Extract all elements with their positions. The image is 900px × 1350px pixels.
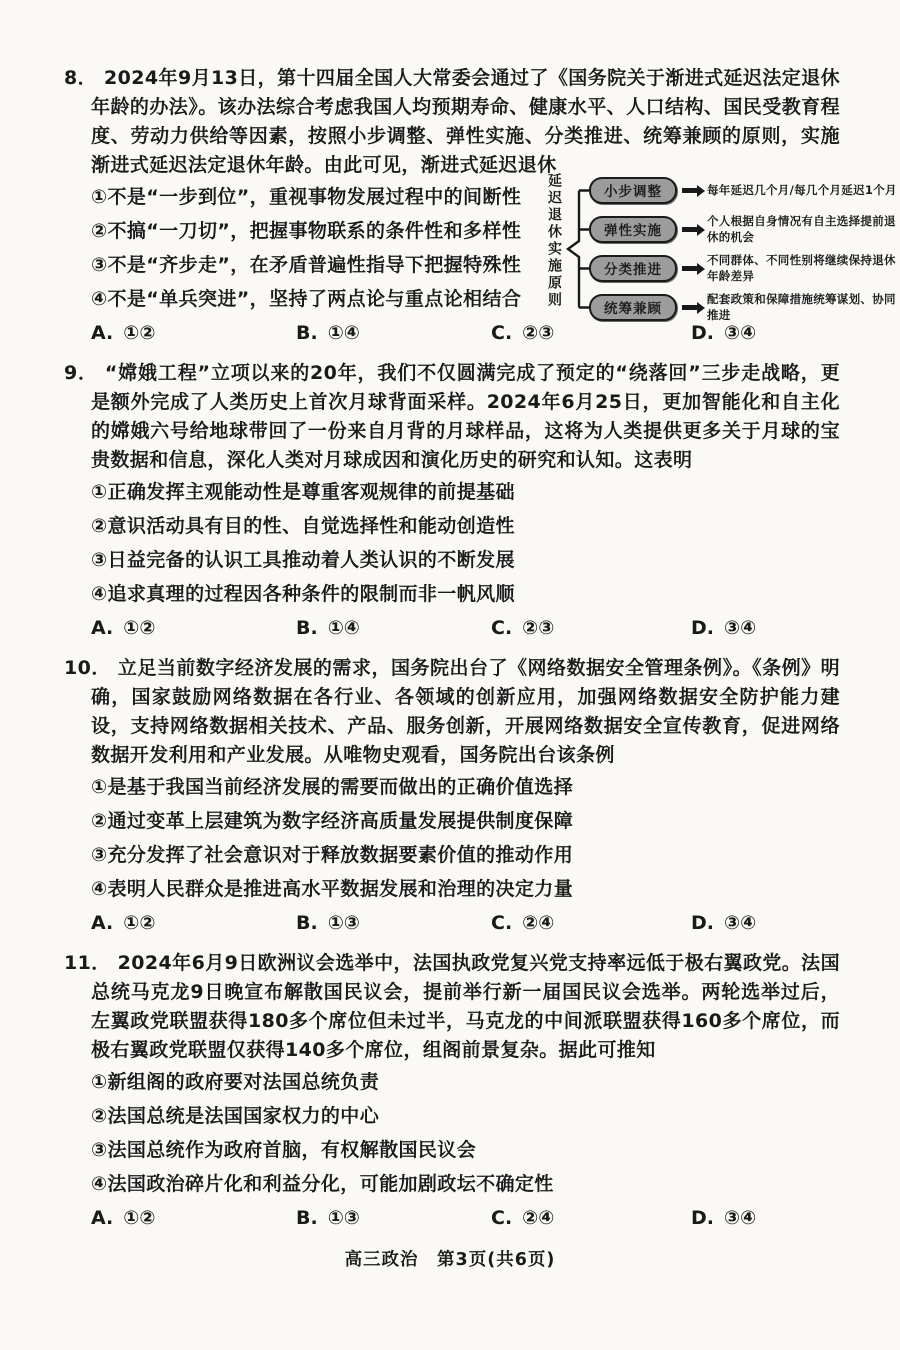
diagram-side-label: 延迟退休实施原则 <box>545 173 563 325</box>
question-stem: 9．“嫦娥工程”立项以来的20年，我们不仅圆满完成了预定的“绕落回”三步走战略，… <box>64 359 840 475</box>
question-item: ③充分发挥了社会意识对于释放数据要素价值的推动作用 <box>91 841 840 870</box>
answer-option-d: D.③④ <box>691 614 840 643</box>
question-10: 10．立足当前数字经济发展的需求，国务院出台了《网络数据安全管理条例》。《条例》… <box>64 654 840 938</box>
question-item: ②通过变革上层建筑为数字经济高质量发展提供制度保障 <box>91 807 840 836</box>
answer-option-c: C.②④ <box>491 1204 691 1233</box>
question-stem: 8．2024年9月13日，第十四届全国人大常委会通过了《国务院关于渐进式延迟法定… <box>64 64 840 180</box>
answer-option-a: A.①② <box>91 909 296 938</box>
question-number: 8． <box>64 67 97 89</box>
answer-option-b: B.①③ <box>296 909 491 938</box>
right-arrow-icon <box>682 305 697 310</box>
question-item: ②意识活动具有目的性、自觉选择性和能动创造性 <box>91 512 840 541</box>
diagram-box: 分类推进 <box>589 255 677 282</box>
answer-option-b: B.①④ <box>296 614 491 643</box>
question-item: ③不是“齐步走”，在矛盾普遍性指导下把握特殊性 <box>91 251 591 280</box>
answer-option-c: C.②③ <box>491 614 691 643</box>
page-footer: 高三政治 第3页(共6页) <box>0 1246 900 1271</box>
diagram-desc: 每年延迟几个月/每几个月延迟1个月 <box>707 183 897 198</box>
answer-option-d: D.③④ <box>691 909 840 938</box>
diagram-desc: 不同群体、不同性别将继续保持退休年龄差异 <box>707 253 897 283</box>
diagram-box: 小步调整 <box>589 177 677 204</box>
question-item: ④追求真理的过程因各种条件的限制而非一帆风顺 <box>91 580 840 609</box>
question-stem-text: “嫦娥工程”立项以来的20年，我们不仅圆满完成了预定的“绕落回”三步走战略，更是… <box>91 362 840 471</box>
question-items: ①是基于我国当前经济发展的需要而做出的正确价值选择 ②通过变革上层建筑为数字经济… <box>64 773 840 904</box>
question-item: ①正确发挥主观能动性是尊重客观规律的前提基础 <box>91 478 840 507</box>
right-arrow-icon <box>682 188 697 193</box>
answer-option-a: A.①② <box>91 1204 296 1233</box>
diagram-box: 弹性实施 <box>589 216 677 243</box>
question-stem-text: 2024年6月9日欧洲议会选举中，法国执政党复兴党支持率远低于极右翼政党。法国总… <box>91 952 840 1061</box>
answer-option-d: D.③④ <box>691 1204 840 1233</box>
question-number: 11． <box>64 952 111 974</box>
question-item: ④表明人民群众是推进高水平数据发展和治理的决定力量 <box>91 875 840 904</box>
right-arrow-icon <box>682 266 697 271</box>
question-item: ②法国总统是法国国家权力的中心 <box>91 1102 840 1131</box>
question-items: ①新组阁的政府要对法国总统负责 ②法国总统是法国国家权力的中心 ③法国总统作为政… <box>64 1068 840 1199</box>
diagram-row: 小步调整 每年延迟几个月/每几个月延迟1个月 <box>589 171 897 210</box>
answer-option-a: A.①② <box>91 319 296 348</box>
question-stem-text: 立足当前数字经济发展的需求，国务院出台了《网络数据安全管理条例》。《条例》明确，… <box>91 657 840 766</box>
diagram-row: 分类推进 不同群体、不同性别将继续保持退休年龄差异 <box>589 249 897 288</box>
question-item: ③日益完备的认识工具推动着人类认识的不断发展 <box>91 546 840 575</box>
diagram-row: 弹性实施 个人根据自身情况有自主选择提前退休的机会 <box>589 210 897 249</box>
diagram-row: 统筹兼顾 配套政策和保障措施统筹谋划、协同推进 <box>589 288 897 327</box>
answer-option-b: B.①④ <box>296 319 491 348</box>
answer-option-c: C.②④ <box>491 909 691 938</box>
question-item: ②不搞“一刀切”，把握事物联系的条件性和多样性 <box>91 217 591 246</box>
retirement-diagram: 延迟退休实施原则 小步调整 每年延迟几个月/每几个月延迟1个月 弹性实施 个人根… <box>545 170 897 328</box>
question-item: ④不是“单兵突进”，坚持了两点论与重点论相结合 <box>91 285 591 314</box>
question-item: ①新组阁的政府要对法国总统负责 <box>91 1068 840 1097</box>
diagram-rows: 小步调整 每年延迟几个月/每几个月延迟1个月 弹性实施 个人根据自身情况有自主选… <box>589 171 897 327</box>
answer-option-a: A.①② <box>91 614 296 643</box>
diagram-desc: 个人根据自身情况有自主选择提前退休的机会 <box>707 214 897 244</box>
right-arrow-icon <box>682 227 697 232</box>
answer-options: A.①② B.①③ C.②④ D.③④ <box>64 909 840 938</box>
question-stem: 11．2024年6月9日欧洲议会选举中，法国执政党复兴党支持率远低于极右翼政党。… <box>64 949 840 1065</box>
question-9: 9．“嫦娥工程”立项以来的20年，我们不仅圆满完成了预定的“绕落回”三步走战略，… <box>64 359 840 643</box>
answer-options: A.①② B.①③ C.②④ D.③④ <box>64 1204 840 1233</box>
question-items: ①正确发挥主观能动性是尊重客观规律的前提基础 ②意识活动具有目的性、自觉选择性和… <box>64 478 840 609</box>
diagram-box: 统筹兼顾 <box>589 294 677 321</box>
question-item: ④法国政治碎片化和利益分化，可能加剧政坛不确定性 <box>91 1170 840 1199</box>
question-stem: 10．立足当前数字经济发展的需求，国务院出台了《网络数据安全管理条例》。《条例》… <box>64 654 840 770</box>
question-items: ①不是“一步到位”，重视事物发展过程中的间断性 ②不搞“一刀切”，把握事物联系的… <box>64 183 591 314</box>
diagram-desc: 配套政策和保障措施统筹谋划、协同推进 <box>707 292 897 322</box>
answer-option-b: B.①③ <box>296 1204 491 1233</box>
question-item: ①不是“一步到位”，重视事物发展过程中的间断性 <box>91 183 591 212</box>
question-number: 9． <box>64 362 98 384</box>
question-stem-text: 2024年9月13日，第十四届全国人大常委会通过了《国务院关于渐进式延迟法定退休… <box>91 67 840 176</box>
exam-page: 8．2024年9月13日，第十四届全国人大常委会通过了《国务院关于渐进式延迟法定… <box>0 0 900 1350</box>
brace-lines-icon <box>563 171 589 327</box>
question-item: ③法国总统作为政府首脑，有权解散国民议会 <box>91 1136 840 1165</box>
question-11: 11．2024年6月9日欧洲议会选举中，法国执政党复兴党支持率远低于极右翼政党。… <box>64 949 840 1233</box>
question-item: ①是基于我国当前经济发展的需要而做出的正确价值选择 <box>91 773 840 802</box>
answer-options: A.①② B.①④ C.②③ D.③④ <box>64 614 840 643</box>
question-number: 10． <box>64 657 111 679</box>
